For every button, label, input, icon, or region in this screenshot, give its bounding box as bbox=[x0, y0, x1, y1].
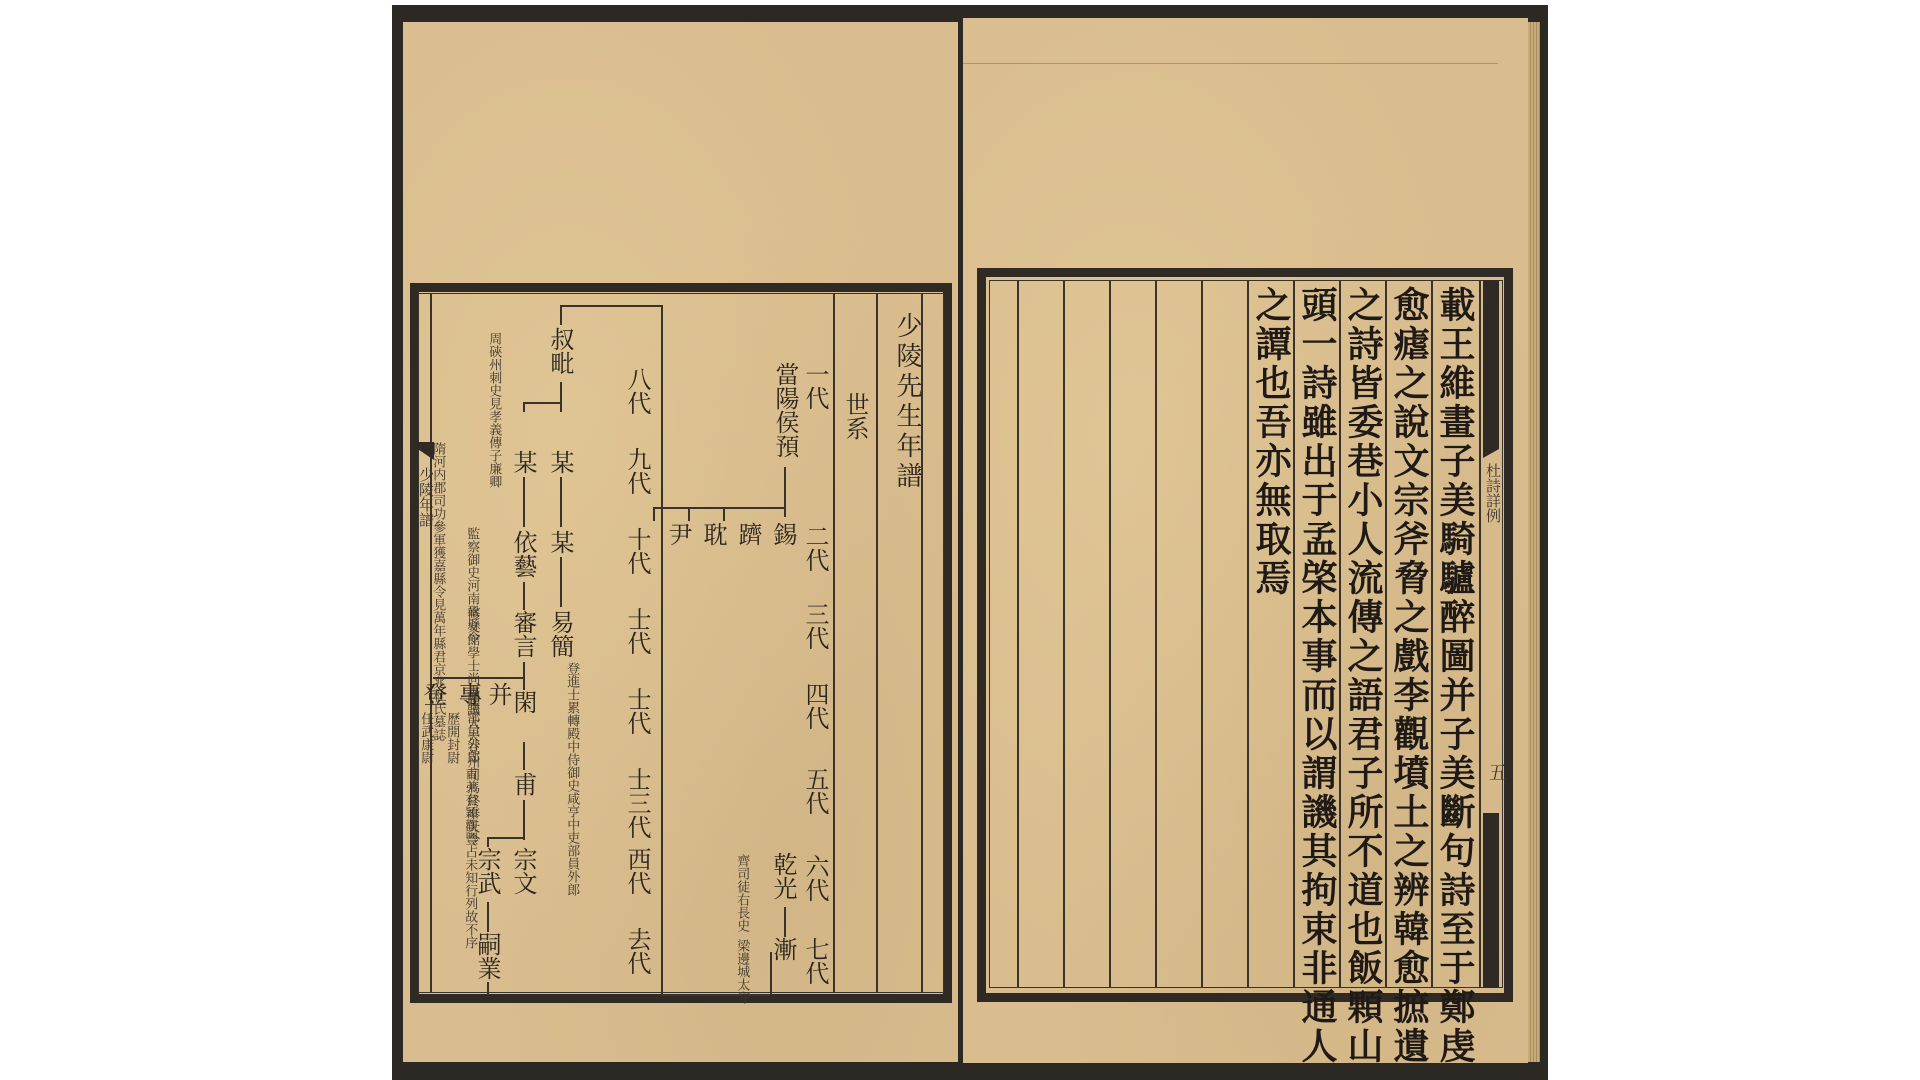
generation-9: 九代 bbox=[625, 447, 649, 495]
text-column-1: 載王維畫子美騎驢醉圖并子美斷句詩至于鄭虔 bbox=[1437, 286, 1473, 1066]
column-rule bbox=[1201, 280, 1203, 988]
column-rule bbox=[1247, 280, 1249, 988]
lineage-line bbox=[523, 800, 525, 840]
page-number: 五 bbox=[1483, 763, 1509, 781]
lineage-line bbox=[560, 305, 562, 325]
column-rule bbox=[1431, 280, 1433, 988]
person-yijian: 易簡 bbox=[548, 610, 572, 658]
generation-11: 士代 bbox=[625, 607, 649, 655]
person-zongwen: 宗文 bbox=[511, 847, 535, 895]
person-yijian-note: 登進士累轉殿中侍御史咸亨中吏部員外郎 bbox=[563, 662, 579, 802]
column-rule bbox=[1063, 280, 1065, 988]
column-rule bbox=[1017, 280, 1019, 988]
left-page: 少陵年譜 少陵先生年譜 世系 一代 二代 三代 四代 五代 六代 七代 當陽侯預… bbox=[403, 22, 958, 1062]
column-rule bbox=[1155, 280, 1157, 988]
page-fold-line bbox=[963, 63, 1498, 64]
lineage-line bbox=[723, 507, 725, 521]
generation-10: 十代 bbox=[625, 527, 649, 575]
title-column-rule-2 bbox=[876, 293, 878, 993]
black-mouth bbox=[1483, 280, 1499, 440]
lineage-line bbox=[487, 902, 489, 932]
generation-12: 士代 bbox=[625, 687, 649, 735]
text-column-5: 之譚也吾亦無取焉 bbox=[1253, 286, 1289, 598]
lineage-line bbox=[560, 382, 562, 404]
text-column-4: 頭一詩雖出于孟棨本事而以謂譏其拘束非通人 bbox=[1299, 286, 1335, 1066]
lineage-branch bbox=[523, 402, 561, 404]
person-qi-c: 某 bbox=[548, 530, 572, 554]
generation-2: 二代 bbox=[803, 524, 827, 572]
generation-7: 七代 bbox=[803, 937, 827, 985]
lineage-branch bbox=[487, 837, 524, 839]
column-rule bbox=[1109, 280, 1111, 988]
person-qi-note: 隋河内郡司功參軍獲嘉縣令見萬年縣君京兆杜氏墓誌 bbox=[429, 442, 445, 510]
generation-4: 四代 bbox=[803, 682, 827, 730]
generation-14: 西代 bbox=[625, 847, 649, 895]
person-shupi: 叔毗 bbox=[548, 327, 572, 375]
person-xi: 錫 bbox=[771, 522, 795, 546]
generation-8: 八代 bbox=[625, 367, 649, 415]
lineage-line bbox=[653, 507, 655, 521]
person-bing: 并 bbox=[486, 682, 510, 706]
generation-5: 五代 bbox=[803, 767, 827, 815]
lineage-branch bbox=[433, 677, 523, 679]
person-deng-note: 任武康尉 bbox=[417, 712, 433, 752]
person-qi-b: 某 bbox=[511, 450, 535, 474]
lineage-branch bbox=[653, 507, 785, 509]
person-yiyi-note: 監察御史河南鞏縣令 bbox=[463, 527, 479, 575]
generation-box-bottom bbox=[661, 994, 771, 996]
generation-15: 去代 bbox=[625, 927, 649, 975]
person-fu-note: 甫弟有穎觀豐占未知行列故不序 bbox=[461, 767, 477, 815]
person-shenyan-note: 修文館學士尚書膳部員外郎 bbox=[463, 607, 479, 655]
person-yin: 尹 bbox=[666, 522, 690, 546]
person-shenyan: 審言 bbox=[511, 610, 535, 658]
column-rule bbox=[1385, 280, 1387, 988]
text-column-2: 愈瘧之說文宗斧脅之戲李觀墳土之辨韓愈摭遺 bbox=[1391, 286, 1427, 1066]
text-column-3: 之詩皆委巷小人流傳之語君子所不道也飯顆山 bbox=[1345, 286, 1381, 1066]
person-zhuan-note: 歷開封尉 bbox=[443, 712, 459, 752]
generation-3: 三代 bbox=[803, 602, 827, 650]
column-rule bbox=[1339, 280, 1341, 988]
column-rule bbox=[1293, 280, 1295, 988]
person-fu: 甫 bbox=[511, 772, 535, 796]
page-title: 少陵先生年譜 bbox=[889, 312, 926, 492]
black-mouth-lower bbox=[1483, 813, 1499, 988]
lineage-line bbox=[784, 907, 786, 937]
lineage-line bbox=[523, 742, 525, 770]
lineage-line bbox=[487, 837, 489, 847]
lineage-line bbox=[523, 402, 525, 412]
generation-13: 士三代 bbox=[625, 767, 649, 839]
generation-box-rule-2 bbox=[770, 952, 772, 995]
lineage-line bbox=[560, 477, 562, 527]
lineage-line bbox=[560, 557, 562, 607]
section-title: 世系 bbox=[843, 392, 867, 440]
person-qianguang: 乾光 bbox=[771, 852, 795, 900]
person-dan: 耽 bbox=[701, 522, 725, 546]
section-column-rule bbox=[833, 293, 835, 993]
generation-box-rule bbox=[661, 305, 663, 995]
person-xian: 閑 bbox=[511, 690, 535, 714]
page-stack-edge bbox=[1528, 22, 1540, 1062]
lineage-line bbox=[523, 582, 525, 610]
generation-6: 六代 bbox=[803, 854, 827, 902]
lineage-line bbox=[560, 402, 562, 412]
person-dangyang-hou: 當陽侯預 bbox=[773, 362, 797, 458]
generation-1: 一代 bbox=[803, 362, 827, 410]
right-margin-label: 杜詩詳例 bbox=[1483, 463, 1504, 523]
lineage-line bbox=[523, 662, 525, 690]
person-shupi-note: 周硤州刺史見孝義傳子廉卿 bbox=[485, 332, 501, 392]
lineage-branch bbox=[560, 305, 661, 307]
person-ji: 躋 bbox=[736, 522, 760, 546]
lineage-line bbox=[523, 477, 525, 527]
person-jian: 漸 bbox=[771, 937, 795, 961]
person-siye: 嗣業 bbox=[475, 932, 499, 980]
right-page: 杜詩詳例 五 載王維畫子美騎驢醉圖并子美斷句詩至于鄭虔 愈瘧之說文宗斧脅之戲李觀… bbox=[963, 18, 1528, 1063]
lineage-line bbox=[487, 982, 489, 995]
person-deng: 登 bbox=[421, 682, 445, 706]
person-jian-note: 梁邊城太守 bbox=[733, 939, 749, 999]
person-qianguang-note: 齊司徒右長史 bbox=[733, 854, 749, 914]
person-yiyi: 依藝 bbox=[511, 530, 535, 578]
lineage-line bbox=[688, 507, 690, 521]
lineage-line bbox=[784, 467, 786, 517]
person-zhuan: 專 bbox=[456, 682, 480, 706]
margin-rule bbox=[1479, 280, 1481, 988]
person-zongwu: 宗武 bbox=[475, 847, 499, 895]
person-qi-a: 某 bbox=[548, 450, 572, 474]
